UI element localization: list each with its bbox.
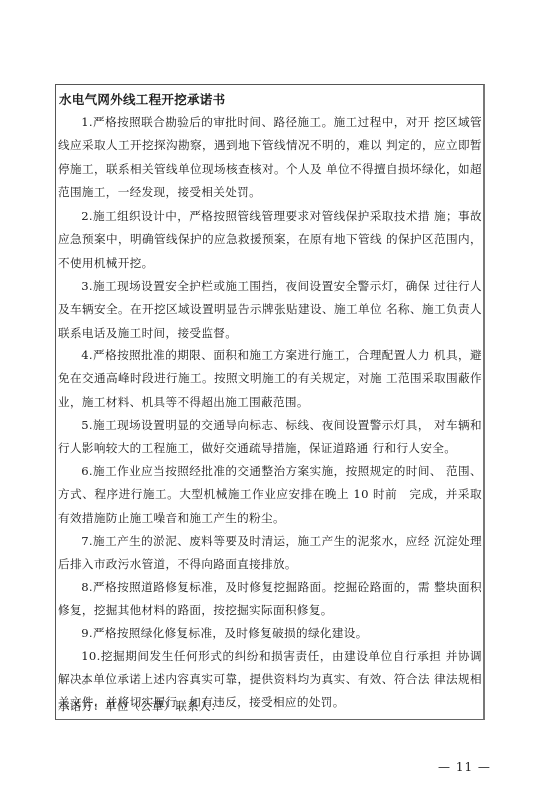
paragraph-8: 8.严格按照道路修复标准，及时修复挖掘路面。挖掘砼路面的，需 整块面积修复，挖掘… bbox=[58, 576, 482, 623]
paragraph-3: 3.施工现场设置安全护栏或施工围挡，夜间设置安全警示灯，确保 过往行人及车辆安全… bbox=[58, 275, 482, 345]
paragraph-2: 2.施工组织设计中，严格按照管线管理要求对管线保护采取技术措 施；事故应急预案中… bbox=[58, 205, 482, 275]
paragraph-7: 7.施工产生的淤泥、废料等要及时清运，施工产生的泥浆水，应经 沉淀处理后排入市政… bbox=[58, 530, 482, 577]
paragraph-1: 1.严格按照联合勘验后的审批时间、路径施工。施工过程中，对开 挖区域管线应采取人… bbox=[58, 111, 482, 204]
page-number: — 11 — bbox=[438, 760, 491, 774]
document-title: 水电气网外线工程开挖承诺书 bbox=[59, 90, 225, 108]
paragraph-5: 5.施工现场设置明显的交通导向标志、标线、夜间设置警示灯具， 对车辆和行人影响较… bbox=[58, 414, 482, 461]
paragraph-4: 4.严格按照批准的期限、面积和施工方案进行施工，合理配置人力 机具，避免在交通高… bbox=[58, 344, 482, 414]
paragraph-6: 6.施工作业应当按照经批准的交通整治方案实施，按照规定的时间、 范围、方式、程序… bbox=[58, 460, 482, 530]
signature-line: 承诺方：单位（公章）联系人： bbox=[58, 697, 482, 715]
paragraph-9: 9.严格按照绿化修复标准，及时修复破损的绿化建设。 bbox=[58, 622, 482, 645]
commitment-box: 水电气网外线工程开挖承诺书 1.严格按照联合勘验后的审批时间、路径施工。施工过程… bbox=[55, 84, 485, 720]
